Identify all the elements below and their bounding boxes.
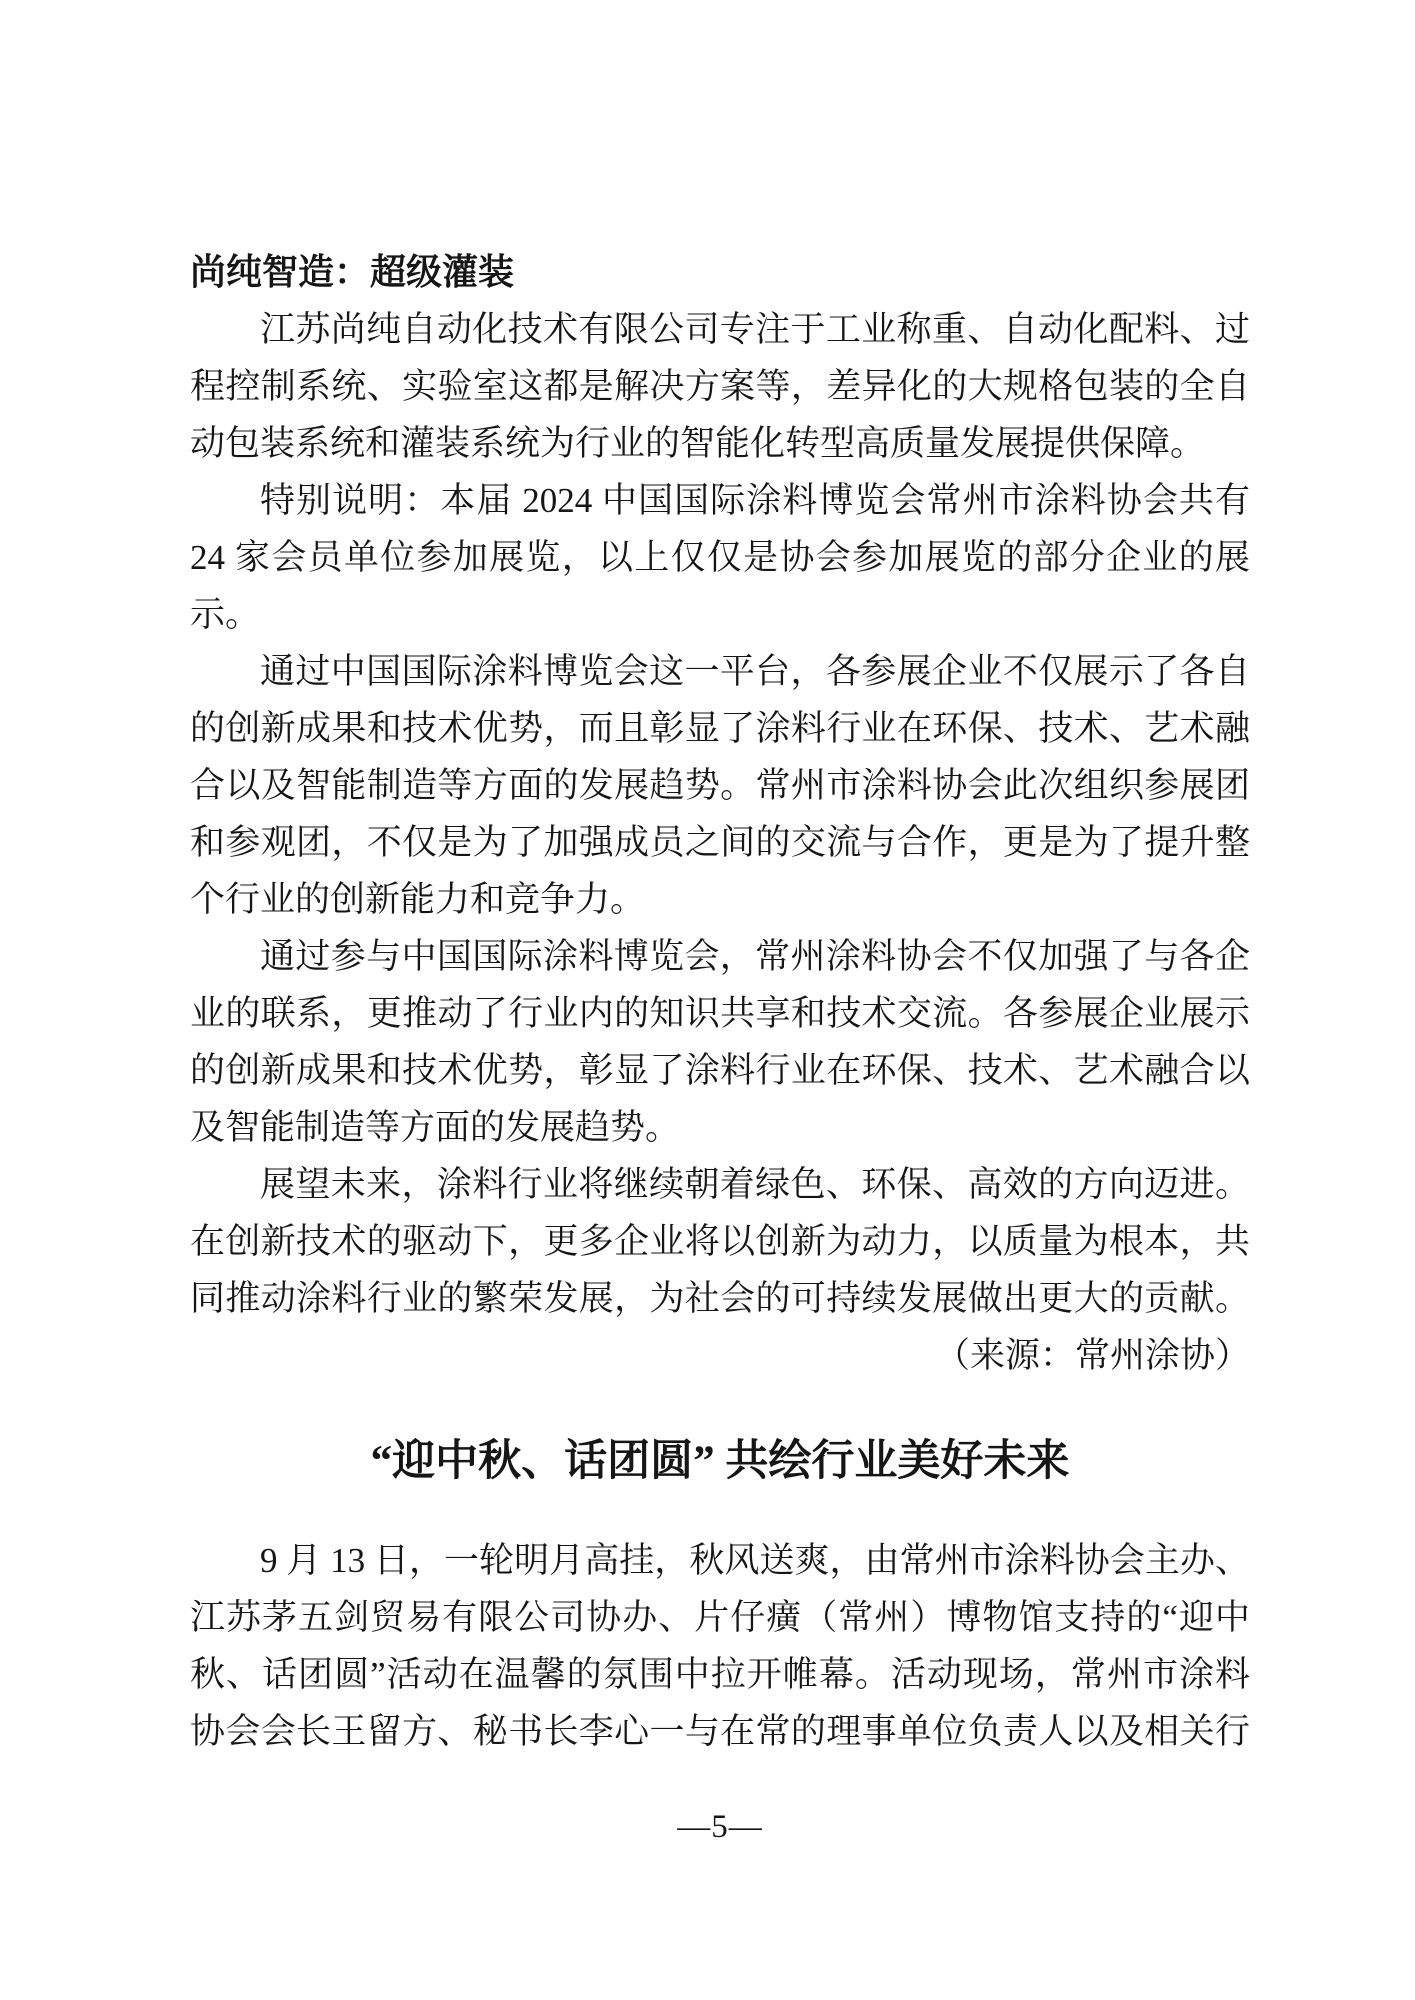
article1-paragraph-3: 通过中国国际涂料博览会这一平台，各参展企业不仅展示了各自 的创新成果和技术优势，… (190, 643, 1250, 928)
text-line: 秋、话团圆”活动在温馨的氛围中拉开帷幕。活动现场，常州市涂料 (190, 1646, 1250, 1703)
text-line: 和参观团，不仅是为了加强成员之间的交流与合作，更是为了提升整 (190, 814, 1250, 871)
article1-paragraph-5: 展望未来，涂料行业将继续朝着绿色、环保、高效的方向迈进。 在创新技术的驱动下，更… (190, 1156, 1250, 1327)
source-attribution: （来源：常州涂协） (190, 1327, 1250, 1384)
text-line: 的创新成果和技术优势，彰显了涂料行业在环保、技术、艺术融合以 (190, 1042, 1250, 1099)
text-line: 同推动涂料行业的繁荣发展，为社会的可持续发展做出更大的贡献。 (190, 1270, 1250, 1327)
article1-paragraph-1: 江苏尚纯自动化技术有限公司专注于工业称重、自动化配料、过 程控制系统、实验室这都… (190, 301, 1250, 472)
article1-paragraph-4: 通过参与中国国际涂料博览会，常州涂料协会不仅加强了与各企 业的联系，更推动了行业… (190, 928, 1250, 1156)
text-line: 个行业的创新能力和竞争力。 (190, 871, 1250, 928)
text-line: 协会会长王留方、秘书长李心一与在常的理事单位负责人以及相关行 (190, 1703, 1250, 1760)
text-line: 江苏茅五剑贸易有限公司协办、片仔癀（常州）博物馆支持的“迎中 (190, 1589, 1250, 1646)
text-line: 示。 (190, 586, 1250, 643)
text-line: 通过中国国际涂料博览会这一平台，各参展企业不仅展示了各自 (190, 643, 1250, 700)
text-line: 9 月 13 日，一轮明月高挂，秋风送爽，由常州市涂料协会主办、 (190, 1532, 1250, 1589)
text-line: 特别说明：本届 2024 中国国际涂料博览会常州市涂料协会共有 (190, 472, 1250, 529)
text-line: 的创新成果和技术优势，而且彰显了涂料行业在环保、技术、艺术融 (190, 700, 1250, 757)
article2-paragraph-1: 9 月 13 日，一轮明月高挂，秋风送爽，由常州市涂料协会主办、 江苏茅五剑贸易… (190, 1532, 1250, 1760)
text-line: 展望未来，涂料行业将继续朝着绿色、环保、高效的方向迈进。 (190, 1156, 1250, 1213)
article2-title: “迎中秋、话团圆” 共绘行业美好未来 (190, 1427, 1250, 1497)
text-line: 业的联系，更推动了行业内的知识共享和技术交流。各参展企业展示 (190, 985, 1250, 1042)
page-number: —5— (190, 1802, 1250, 1852)
text-line: 程控制系统、实验室这都是解决方案等，差异化的大规格包装的全自 (190, 358, 1250, 415)
text-line: 合以及智能制造等方面的发展趋势。常州市涂料协会此次组织参展团 (190, 757, 1250, 814)
text-line: 江苏尚纯自动化技术有限公司专注于工业称重、自动化配料、过 (190, 301, 1250, 358)
article1-heading: 尚纯智造：超级灌装 (190, 244, 1250, 301)
article1-paragraph-2: 特别说明：本届 2024 中国国际涂料博览会常州市涂料协会共有 24 家会员单位… (190, 472, 1250, 643)
document-page: 尚纯智造：超级灌装 江苏尚纯自动化技术有限公司专注于工业称重、自动化配料、过 程… (0, 0, 1415, 2000)
text-line: 及智能制造等方面的发展趋势。 (190, 1099, 1250, 1156)
text-line: 在创新技术的驱动下，更多企业将以创新为动力，以质量为根本，共 (190, 1213, 1250, 1270)
text-line: 通过参与中国国际涂料博览会，常州涂料协会不仅加强了与各企 (190, 928, 1250, 985)
text-line: 动包装系统和灌装系统为行业的智能化转型高质量发展提供保障。 (190, 415, 1250, 472)
page-content: 尚纯智造：超级灌装 江苏尚纯自动化技术有限公司专注于工业称重、自动化配料、过 程… (190, 244, 1250, 1852)
text-line: 24 家会员单位参加展览，以上仅仅是协会参加展览的部分企业的展 (190, 529, 1250, 586)
